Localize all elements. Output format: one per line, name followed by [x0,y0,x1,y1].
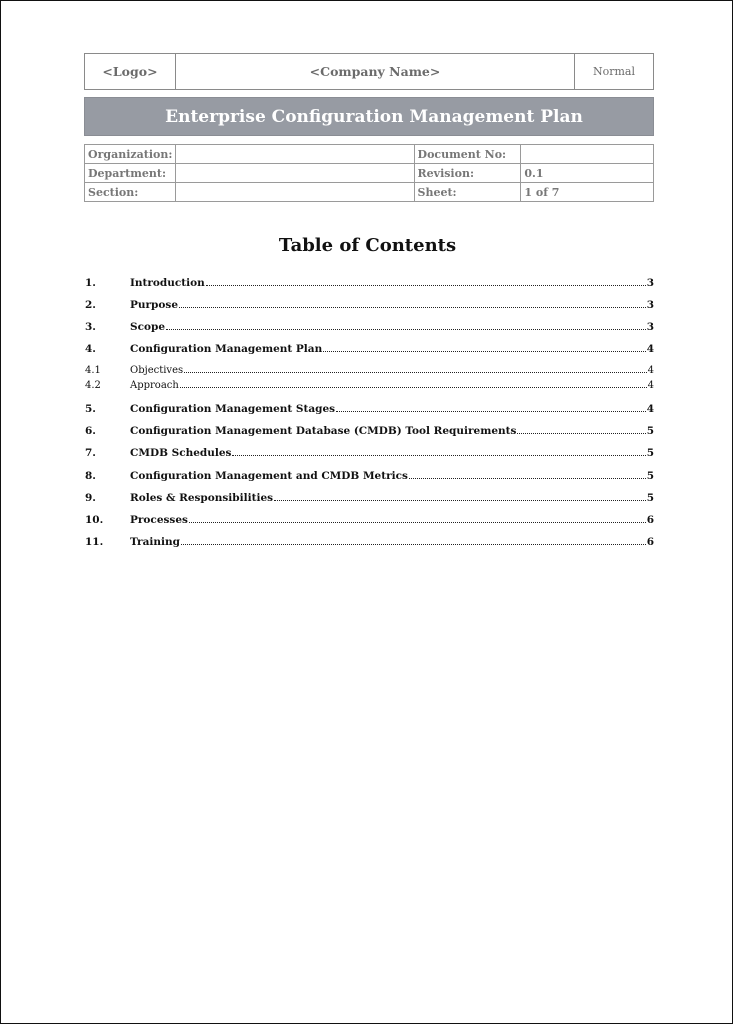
toc-heading: Table of Contents [1,235,733,256]
organization-label: Organization: [85,145,176,164]
toc-leader-dots [336,411,646,412]
toc-entry-title: CMDB Schedules [130,447,231,459]
toc-entry[interactable]: 2.Purpose3 [85,299,654,311]
document-no-label: Document No: [414,145,521,164]
toc-entry[interactable]: 4.2Approach4 [85,380,654,391]
toc-leader-dots [180,387,647,388]
toc-entry-page: 5 [647,492,654,504]
department-value [176,164,414,183]
toc-leader-dots [179,307,646,308]
toc-entry-number: 9. [85,492,130,504]
document-title: Enterprise Configuration Management Plan [165,107,583,127]
toc-entry-number: 6. [85,425,130,437]
document-status: Normal [575,54,653,89]
toc-entry-number: 4.2 [85,380,130,391]
revision-value: 0.1 [521,164,654,183]
toc-entry[interactable]: 8.Configuration Management and CMDB Metr… [85,470,654,482]
info-row: Department: Revision: 0.1 [85,164,654,183]
toc-entry-title: Configuration Management Database (CMDB)… [130,425,516,437]
toc-entry[interactable]: 5.Configuration Management Stages4 [85,403,654,415]
toc-entry-title: Processes [130,514,188,526]
toc-leader-dots [323,351,645,352]
document-no-value [521,145,654,164]
toc-entry-title: Roles & Responsibilities [130,492,273,504]
toc-leader-dots [232,455,645,456]
toc-entry-page: 5 [647,447,654,459]
toc-entry-page: 6 [647,514,654,526]
toc-leader-dots [206,285,646,286]
toc-entry[interactable]: 11.Training6 [85,536,654,548]
toc-entry-number: 10. [85,514,130,526]
toc-leader-dots [517,433,645,434]
toc-entry-number: 5. [85,403,130,415]
toc-entry[interactable]: 9.Roles & Responsibilities5 [85,492,654,504]
toc-entry[interactable]: 4.Configuration Management Plan4 [85,343,654,355]
toc-entry-title: Scope [130,321,165,333]
toc-entry-number: 4.1 [85,365,130,376]
section-value [176,183,414,202]
toc-entry[interactable]: 6.Configuration Management Database (CMD… [85,425,654,437]
toc-entry[interactable]: 10.Processes6 [85,514,654,526]
toc-entry-page: 3 [647,277,654,289]
toc-entry-number: 11. [85,536,130,548]
section-label: Section: [85,183,176,202]
header-table: <Logo> <Company Name> Normal [84,53,654,90]
toc-entry-title: Configuration Management Plan [130,343,322,355]
document-info-table: Organization: Document No: Department: R… [84,144,654,202]
toc-entry-page: 5 [647,470,654,482]
toc-entry-page: 4 [648,365,654,376]
company-name: <Company Name> [176,54,575,89]
department-label: Department: [85,164,176,183]
toc-entry-number: 3. [85,321,130,333]
toc-entry-page: 6 [647,536,654,548]
sheet-label: Sheet: [414,183,521,202]
document-page: <Logo> <Company Name> Normal Enterprise … [0,0,733,1024]
toc-entry-title: Objectives [130,365,183,376]
toc-entry-title: Training [130,536,180,548]
toc-entry[interactable]: 7.CMDB Schedules5 [85,447,654,459]
toc-entry-number: 7. [85,447,130,459]
toc-entry-title: Configuration Management Stages [130,403,335,415]
toc-entry[interactable]: 1.Introduction3 [85,277,654,289]
toc-leader-dots [274,500,646,501]
info-row: Organization: Document No: [85,145,654,164]
toc-entry-page: 3 [647,321,654,333]
toc-entry-number: 1. [85,277,130,289]
toc-entry-title: Introduction [130,277,205,289]
toc-entry-number: 4. [85,343,130,355]
toc-entry-page: 4 [647,403,654,415]
toc-entry-page: 4 [648,380,654,391]
toc-entry-page: 4 [647,343,654,355]
toc-entry-title: Approach [130,380,179,391]
sheet-value: 1 of 7 [521,183,654,202]
document-title-banner: Enterprise Configuration Management Plan [84,97,654,136]
logo-placeholder: <Logo> [85,54,176,89]
revision-label: Revision: [414,164,521,183]
toc-entry-title: Configuration Management and CMDB Metric… [130,470,408,482]
toc-entry[interactable]: 4.1Objectives4 [85,365,654,376]
toc-entry[interactable]: 3.Scope3 [85,321,654,333]
toc-entry-page: 5 [647,425,654,437]
toc-entry-number: 2. [85,299,130,311]
toc-leader-dots [181,544,646,545]
toc-leader-dots [184,372,646,373]
toc-leader-dots [409,478,646,479]
toc-leader-dots [189,522,646,523]
toc-entry-title: Purpose [130,299,178,311]
toc-leader-dots [166,329,646,330]
info-row: Section: Sheet: 1 of 7 [85,183,654,202]
organization-value [176,145,414,164]
toc-entry-number: 8. [85,470,130,482]
toc-entry-page: 3 [647,299,654,311]
